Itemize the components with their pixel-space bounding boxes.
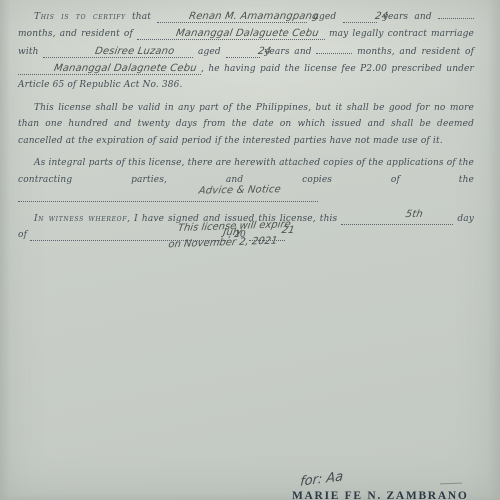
months-label-1: months, xyxy=(18,29,56,39)
groom-age-handwriting: 24 xyxy=(358,11,389,22)
bride-name-handwriting: Desiree Luzano xyxy=(78,46,175,57)
article-label: Article 65 of Republic Act No. 386. xyxy=(18,80,183,90)
paper-edge-right xyxy=(488,0,500,500)
expiry-note-line2: on November 2, 2021 xyxy=(167,233,292,253)
may-legally-label: may legally contract marriage xyxy=(329,29,474,39)
groom-residence-handwriting: Mananggal Dalaguete Cebu xyxy=(159,28,319,39)
bride-months-blank xyxy=(316,42,352,54)
certify-paragraph: This is to certify that Renan M. Amamang… xyxy=(18,7,474,94)
validity-paragraph: This license shall be valid in any part … xyxy=(18,100,474,150)
bride-age-blank: 24 xyxy=(226,46,260,58)
of-word-label: of xyxy=(18,230,27,240)
groom-age-blank: 24 xyxy=(343,11,377,23)
having-paid-label: , he having paid the license fee P2.00 p… xyxy=(201,64,474,74)
certify-that: that xyxy=(132,12,151,22)
years-and-label-1: years and xyxy=(383,12,432,22)
groom-residence-blank: Mananggal Dalaguete Cebu xyxy=(137,28,325,40)
of-label-2: of xyxy=(465,47,474,57)
scanned-marriage-license-document: This is to certify that Renan M. Amamang… xyxy=(0,0,500,500)
integral-text: As integral parts of this license, there… xyxy=(18,158,474,185)
officer-name: MARIE FE N. ZAMBRANO xyxy=(292,490,468,500)
witness-lead: In witness whereof xyxy=(34,214,127,224)
day-handwriting: 5th xyxy=(389,209,424,220)
bride-residence-handwriting: Mananggal Dalagnete Cebu xyxy=(37,63,197,74)
day-word-label: day xyxy=(457,214,474,224)
with-label: with xyxy=(18,47,39,57)
signature-scribble: for: Aa xyxy=(299,469,343,490)
stray-dash-mark xyxy=(440,483,462,485)
groom-months-blank xyxy=(438,7,474,19)
paper-edge-left xyxy=(0,0,10,500)
groom-name-blank: Renan M. Amamangpang xyxy=(157,11,307,23)
expiry-note: This license will expire on November 2, … xyxy=(177,217,291,253)
certify-lead: This is to certify xyxy=(34,12,126,22)
bride-name-blank: Desiree Luzano xyxy=(43,46,193,58)
attachment-handwriting: Advice & Notice xyxy=(182,184,282,197)
groom-name-handwriting: Renan M. Amamangpang xyxy=(172,11,319,22)
day-blank: 5th xyxy=(341,213,453,225)
attachment-blank: Advice & Notice xyxy=(18,190,318,202)
resident-label-1: and resident of xyxy=(60,29,133,39)
bride-residence-blank: Mananggal Dalagnete Cebu xyxy=(18,63,201,75)
aged-label-2: aged xyxy=(198,47,221,57)
integral-paragraph: As integral parts of this license, there… xyxy=(18,155,474,205)
months-label-2: months, and resident xyxy=(357,47,460,57)
license-body-text: This is to certify that Renan M. Amamang… xyxy=(18,7,474,250)
bride-age-handwriting: 24 xyxy=(241,46,272,57)
